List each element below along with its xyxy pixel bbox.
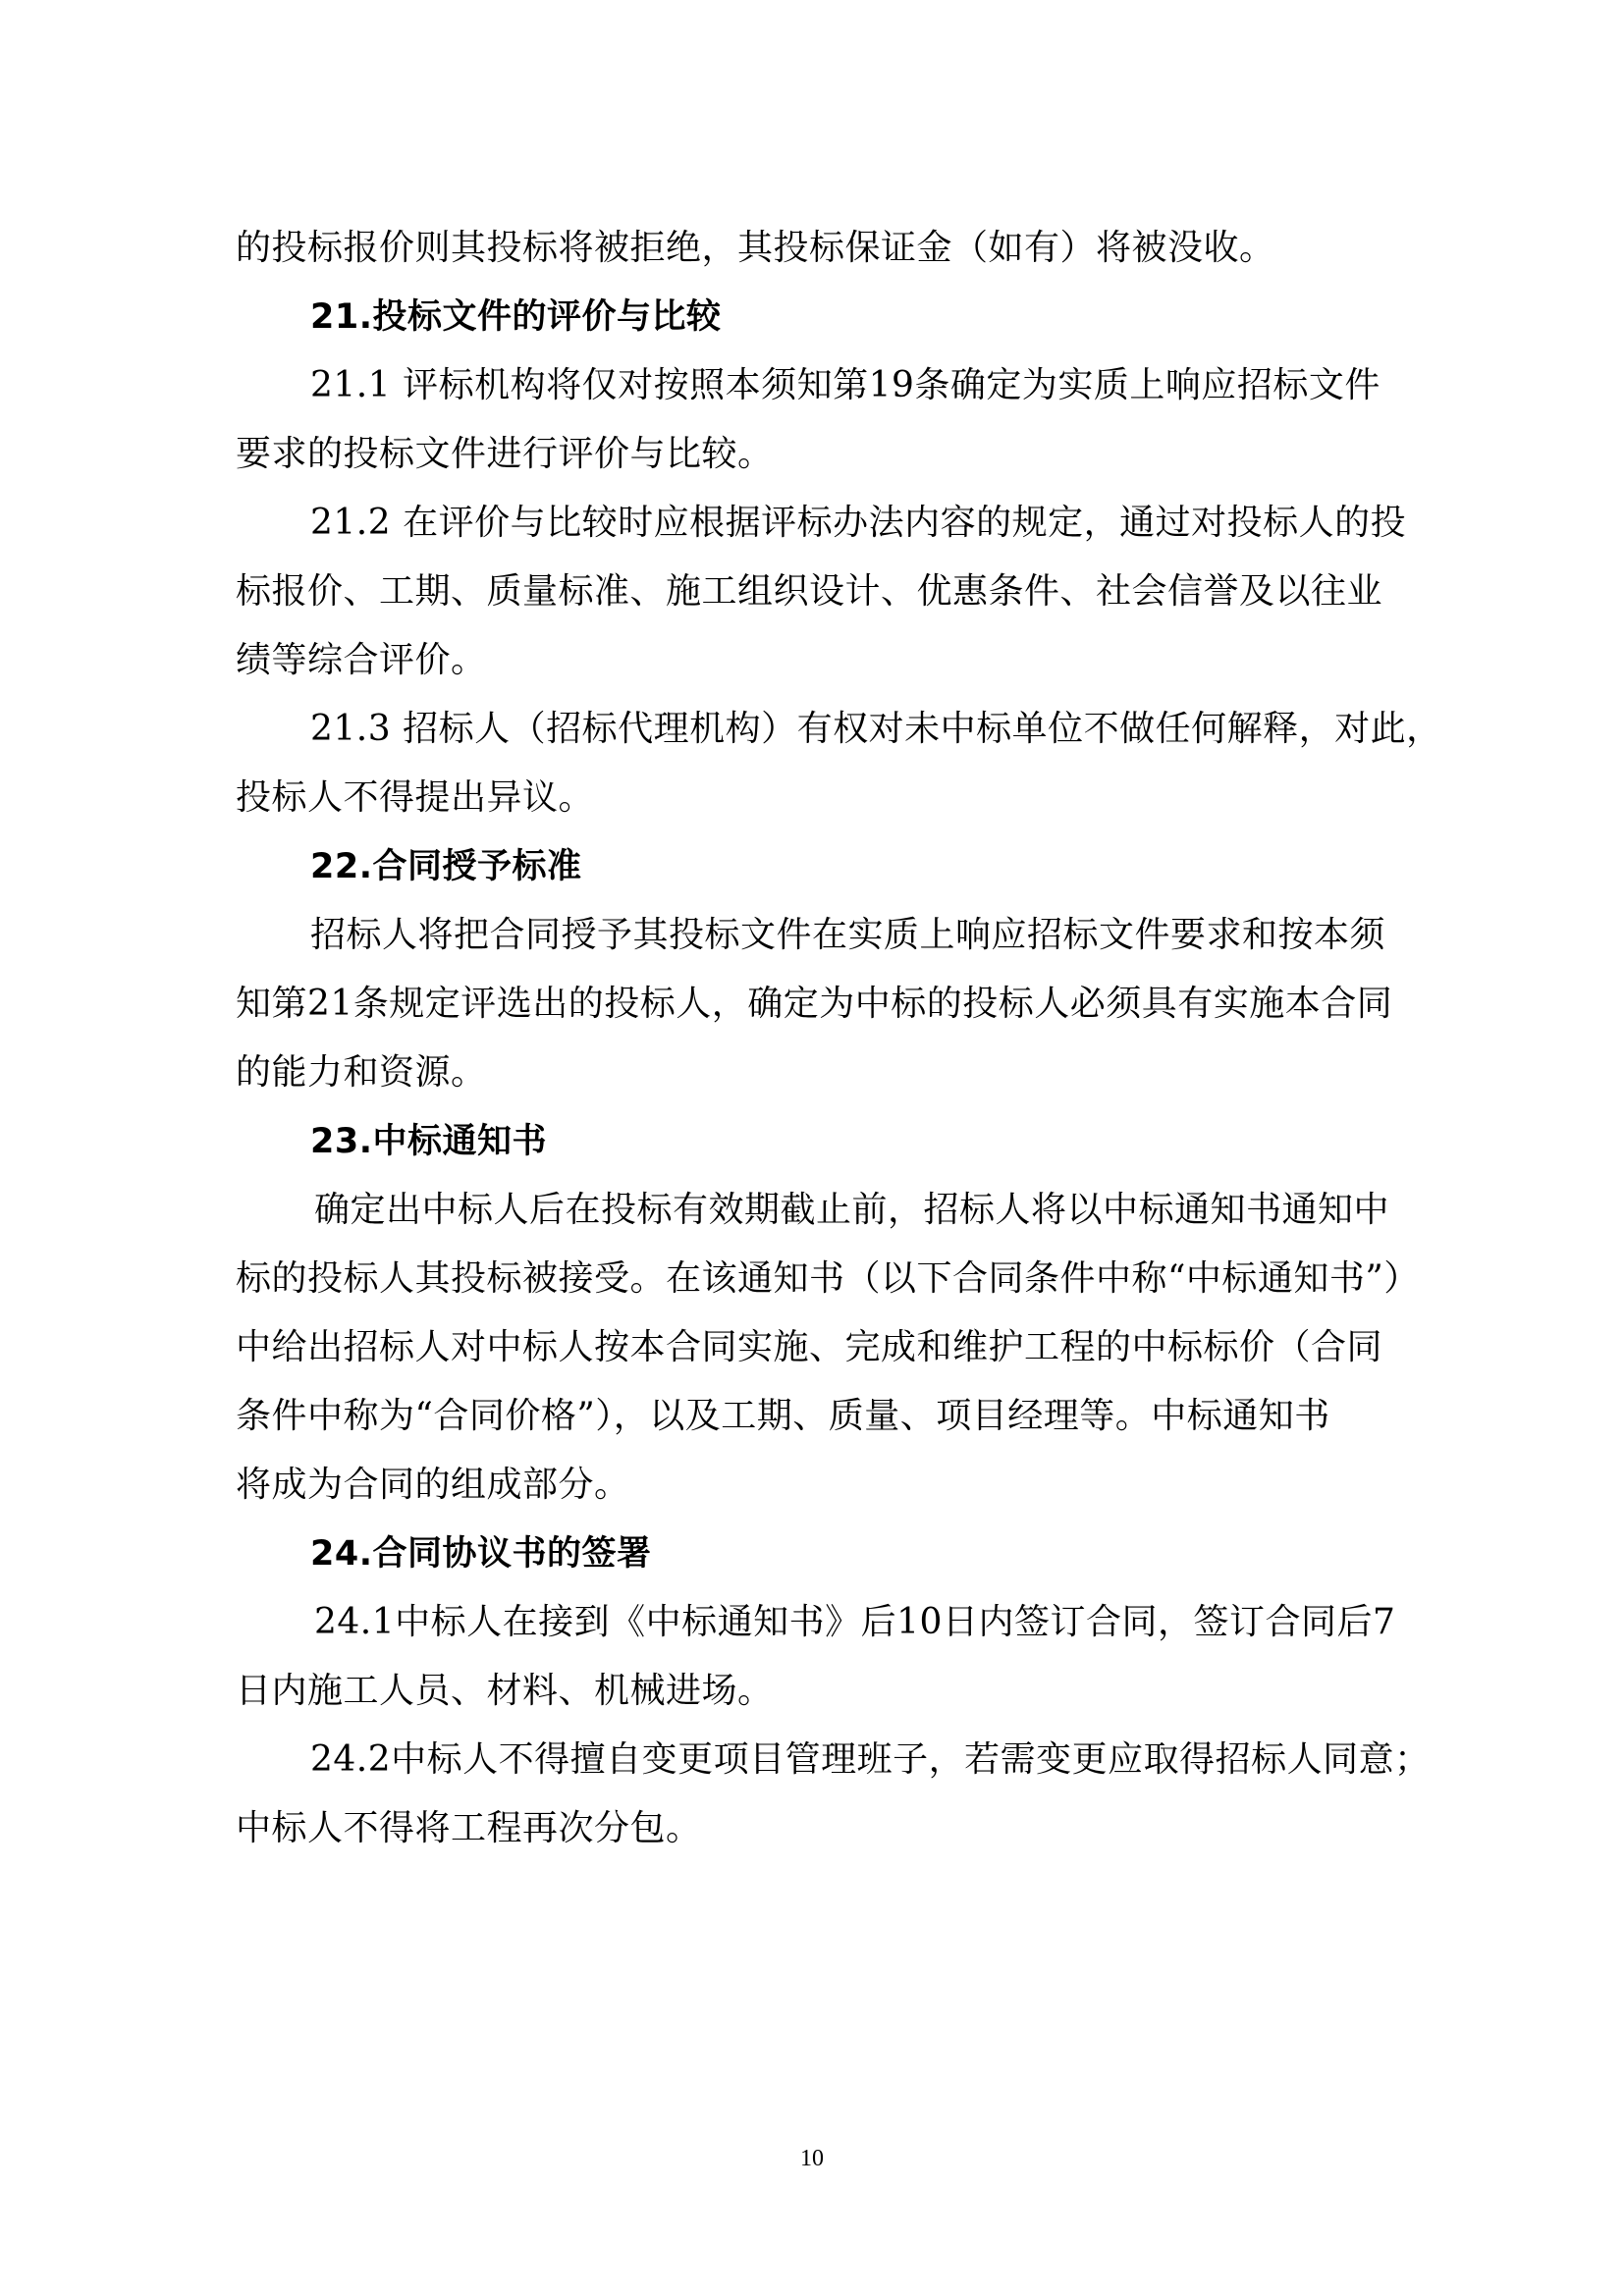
page-number: 10 — [0, 2146, 1624, 2172]
paragraph-line: 21.1 评标机构将仅对按照本须知第19条确定为实质上响应招标文件 — [310, 351, 1380, 420]
paragraph-line: 21.2 在评价与比较时应根据评标办法内容的规定，通过对投标人的投 — [310, 489, 1406, 558]
paragraph-line: 21.3 招标人（招标代理机构）有权对未中标单位不做任何解释，对此， — [310, 695, 1442, 764]
paragraph-line: 招标人将把合同授予其投标文件在实质上响应招标文件要求和按本须 — [310, 901, 1385, 970]
section-heading-23: 23.中标通知书 — [310, 1107, 547, 1176]
paragraph-line: 知第21条规定评选出的投标人，确定为中标的投标人必须具有实施本合同 — [236, 970, 1392, 1039]
paragraph-line: 24.1中标人在接到《中标通知书》后10日内签订合同，签订合同后7 — [314, 1588, 1395, 1657]
paragraph-line: 条件中称为“合同价格”），以及工期、质量、项目经理等。中标通知书 — [236, 1382, 1330, 1451]
paragraph-line: 的能力和资源。 — [236, 1039, 487, 1107]
paragraph-line: 投标人不得提出异议。 — [236, 764, 594, 832]
paragraph-line: 要求的投标文件进行评价与比较。 — [236, 420, 774, 489]
paragraph-line: 标的投标人其投标被接受。在该通知书（以下合同条件中称“中标通知书”） — [236, 1245, 1420, 1313]
paragraph-line: 24.2中标人不得擅自变更项目管理班子，若需变更应取得招标人同意； — [310, 1726, 1431, 1794]
paragraph-line: 确定出中标人后在投标有效期截止前，招标人将以中标通知书通知中 — [314, 1176, 1389, 1245]
paragraph-line: 日内施工人员、材料、机械进场。 — [236, 1657, 774, 1726]
paragraph-line: 绩等综合评价。 — [236, 626, 487, 695]
paragraph-line: 的投标报价则其投标将被拒绝，其投标保证金（如有）将被没收。 — [236, 214, 1275, 283]
paragraph-line: 中标人不得将工程再次分包。 — [236, 1794, 702, 1863]
paragraph-line: 标报价、工期、质量标准、施工组织设计、优惠条件、社会信誉及以往业 — [236, 558, 1382, 626]
paragraph-line: 将成为合同的组成部分。 — [236, 1451, 630, 1520]
section-heading-24: 24.合同协议书的签署 — [310, 1520, 652, 1588]
section-heading-21: 21.投标文件的评价与比较 — [310, 283, 722, 351]
paragraph-line: 中给出招标人对中标人按本合同实施、完成和维护工程的中标标价（合同 — [236, 1313, 1382, 1382]
section-heading-22: 22.合同授予标准 — [310, 832, 582, 901]
